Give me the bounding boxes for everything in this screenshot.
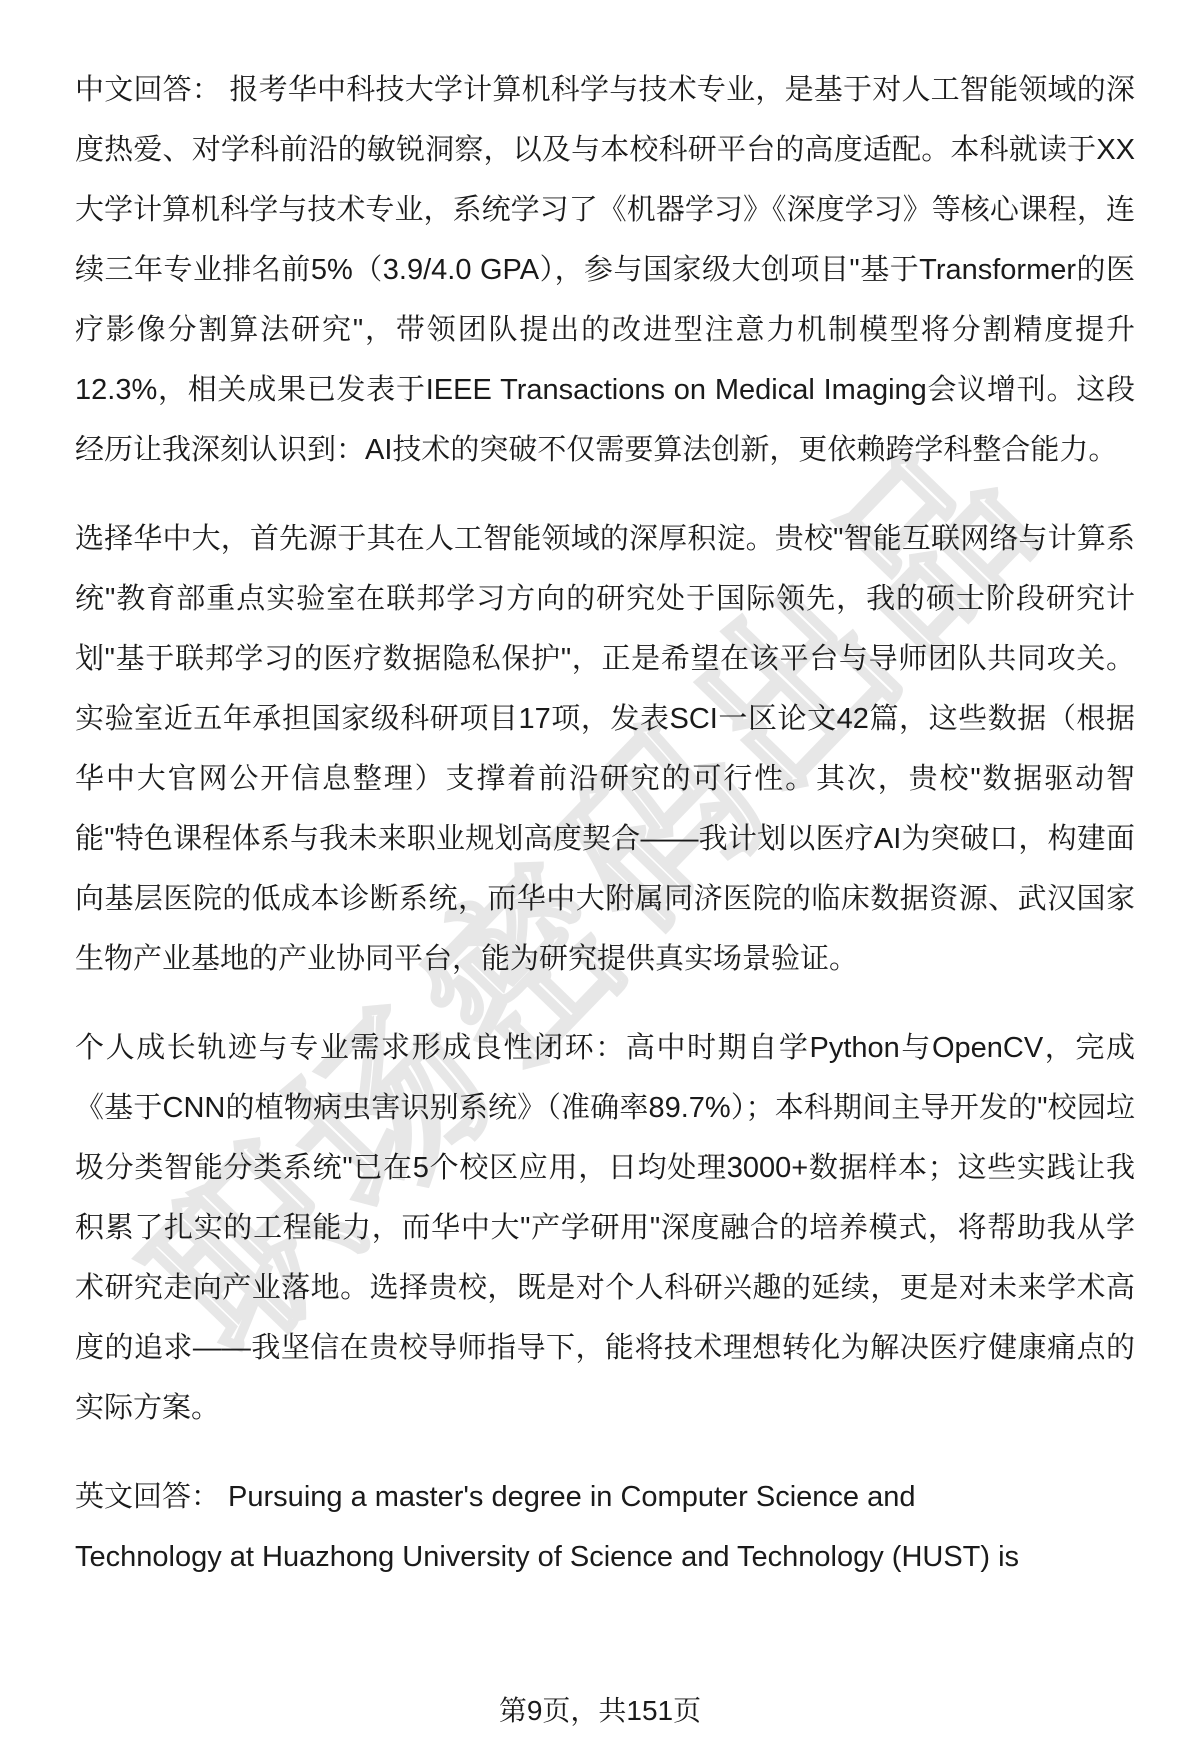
paragraph-chinese-answer: 中文回答： 报考华中科技大学计算机科学与技术专业，是基于对人工智能领域的深度热爱… bbox=[75, 60, 1135, 480]
page-number: 第9页，共151页 bbox=[0, 1693, 1200, 1729]
paragraph-personal-growth: 个人成长轨迹与专业需求形成良性闭环：高中时期自学Python与OpenCV，完成… bbox=[75, 1018, 1135, 1438]
document-body: 中文回答： 报考华中科技大学计算机科学与技术专业，是基于对人工智能领域的深度热爱… bbox=[75, 60, 1135, 1616]
english-answer-line-1: 英文回答： Pursuing a master's degree in Comp… bbox=[75, 1467, 1135, 1527]
english-answer-line-2: Technology at Huazhong University of Sci… bbox=[75, 1527, 1135, 1587]
document-page: 职场密码出品 中文回答： 报考华中科技大学计算机科学与技术专业，是基于对人工智能… bbox=[0, 0, 1200, 1755]
paragraph-english-answer: 英文回答： Pursuing a master's degree in Comp… bbox=[75, 1467, 1135, 1587]
paragraph-university-choice: 选择华中大，首先源于其在人工智能领域的深厚积淀。贵校"智能互联网络与计算系统"教… bbox=[75, 509, 1135, 989]
